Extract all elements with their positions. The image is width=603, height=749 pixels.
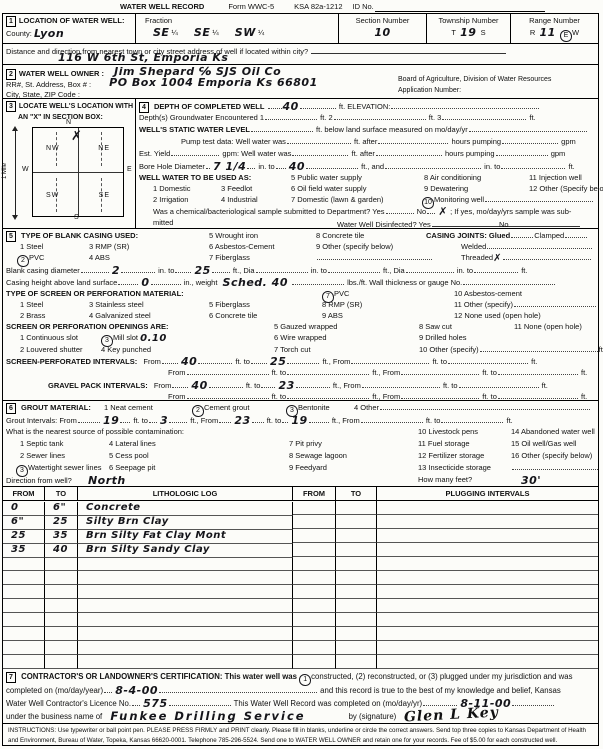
section-6-number: 6 [6,403,16,414]
contam-option-10: 10 Livestock pens [418,426,478,437]
plug-cell [377,515,598,529]
screen-option-11: 11 Other (specify) [454,300,513,309]
map-north-label: N [66,119,71,126]
contam-option-3: Watertight sewer lines [28,463,102,472]
form-title: WATER WELL RECORD [120,2,204,11]
weight-label: in., weight [184,278,218,287]
plug-header-intervals: PLUGGING INTERVALS [377,487,598,501]
casing-ft-label: ft. [521,266,527,275]
business-name-value: Funkee Drilling Service [110,709,305,723]
gpi2-from-label: From [168,392,186,401]
plug-cell [293,529,336,543]
opening-option-8: 8 Saw cut [419,321,452,332]
statute-ref: KSA 82a-1212 [294,2,342,11]
log-cell-empty [3,585,45,599]
plug-cell [336,515,377,529]
gi-ft-to-2-label: ft. to [267,416,282,425]
log-cell-empty [3,571,45,585]
plug-cell [336,599,377,613]
by-signature-label: by (signature) [349,712,397,721]
spi2-ft-to-2-label: ft. to [482,368,497,377]
casing-option-1: 1 Steel [20,241,43,252]
plug-cell [336,613,377,627]
plug-cell [377,571,598,585]
gpi-from-label: From [154,381,172,390]
log-cell-empty [45,571,78,585]
plug-cell [377,501,598,515]
casing-option-3: 3 RMP (SR) [89,241,129,252]
gpi2-ft-label: ft. [581,392,587,401]
section-3-map: 3LOCATE WELL'S LOCATION WITH AN "X" IN S… [3,99,136,228]
use-option-11: 11 Injection well [529,172,582,183]
log-row-desc: Brn Silty Fat Clay Mont [78,530,293,544]
section-number-cell: Section Number 10 [339,14,427,43]
section-3-title-2: AN "X" IN SECTION BOX: [18,114,103,121]
casing-in-to-2-label: in. to [311,266,327,275]
opening-ft-label: ft. [599,345,603,354]
quad-ne-label: NE [98,145,110,152]
log-row-from: 0 [3,502,45,516]
log-cell-empty [78,655,293,669]
plug-cell [336,557,377,571]
clamped-label: Clamped [534,231,564,240]
contam-option-14: 14 Abandoned water well [511,426,595,437]
id-label: ID No. [353,2,374,11]
openings-title: SCREEN OR PERFORATION OPENINGS ARE: [6,322,169,331]
section-7-certification: 7 CONTRACTOR'S OR LANDOWNER'S CERTIFICAT… [3,669,598,724]
log-cell-empty [78,627,293,641]
spi-ft-to-2-label: ft. to [432,357,447,366]
county-value: Lyon [34,27,64,40]
plug-cell [293,501,336,515]
plug-cell [293,557,336,571]
township-suffix: S [481,28,486,37]
mile-arrow-line [15,130,16,216]
grout-option-4: 4 Other [354,403,379,412]
plug-cell [377,585,598,599]
log-cell-empty [78,571,293,585]
plug-cell [293,585,336,599]
fraction-1-value: SE [153,26,169,39]
contamination-question: What is the nearest source of possible c… [6,427,184,436]
quarter-symbol-2: ¼ [212,28,218,37]
screen-option-5: 5 Fiberglass [209,299,250,310]
opening-option-10: 10 Other (specify) [419,345,479,354]
owner-label: WATER WELL OWNER : [19,69,104,78]
section-7-number: 7 [6,672,16,683]
plug-cell [293,543,336,557]
log-cell-empty [78,641,293,655]
casing-option-6: 6 Asbestos-Cement [209,241,274,252]
instructions-text: INSTRUCTIONS: Use typewriter or ball poi… [8,727,586,744]
opening-option-2: 2 Louvered shutter [20,344,83,355]
casing-in-to-label: in. to [158,266,174,275]
pump-gpm-label: gpm [561,137,576,146]
gpi-ft-to-2-label: ft. to [443,381,458,390]
fraction-3-value: SW [235,26,256,39]
contam-option-4: 4 Lateral lines [109,438,156,449]
gi-ft-from-2-label: ft., From [332,416,360,425]
form-header: WATER WELL RECORD Form WWC-5 KSA 82a-121… [0,0,603,13]
log-cell-empty [3,655,45,669]
gpi-ft-label: ft. [542,381,548,390]
plug-header-from: FROM [293,487,336,501]
use-option-1: 1 Domestic [153,183,191,194]
log-cell-empty [45,627,78,641]
log-cell-empty [45,641,78,655]
log-cell-empty [3,599,45,613]
depth-completed-label: DEPTH OF COMPLETED WELL [154,102,264,111]
log-cell-empty [45,599,78,613]
casing-option-7: 7 Fiberglass [209,252,250,263]
range-prefix: R [530,28,535,37]
wall-thickness-label: lbs./ft. Wall thickness or gauge No. [347,278,462,287]
signature-scrawl: Glen L Key [404,707,499,725]
opening-option-7: 7 Torch cut [274,344,311,355]
log-cell-empty [78,557,293,571]
grout-option-1: 1 Neat cement [104,402,153,413]
mile-arrow-down [12,215,18,220]
range-value: 11 [540,26,556,39]
fraction-2-value: SE [194,26,210,39]
log-cell-empty [3,613,45,627]
grout-intervals-label: Grout Intervals: From [6,416,77,425]
section-1-location: 1LOCATION OF WATER WELL: County: Lyon Fr… [3,14,598,65]
plug-cell [336,543,377,557]
log-cell-empty [3,557,45,571]
gpi2-ft-to-label: ft. to [272,392,287,401]
welded-label: Welded [461,242,486,251]
bore-and-label: ft., and [361,162,384,171]
log-cell-empty [3,627,45,641]
plug-cell [377,529,598,543]
opening-option-1: 1 Continuous slot [20,332,78,343]
est-yield-label: Est. Yield [139,149,170,158]
water-well-record-form: WATER WELL RECORD Form WWC-5 KSA 82a-121… [0,0,603,749]
plug-cell [293,655,336,669]
sample-question-cont: ; If yes, mo/day/yrs sample was sub- [450,207,571,216]
bore-in-to-2-label: in. to [484,162,500,171]
spi-ft-to-label: ft. to [235,357,250,366]
bore-hole-label: Bore Hole Diameter [139,162,205,171]
log-cell-empty [78,599,293,613]
section-6-grout: 6 GROUT MATERIAL: 1 Neat cement 2Cement … [3,401,598,487]
sample-mitted-label: mitted [153,217,173,228]
casing-title: TYPE OF BLANK CASING USED: [21,231,138,240]
fraction-cell: Fraction SE ¼ SE ¼ SW ¼ [136,14,339,43]
gpi2-ft-to-2-label: ft. to [482,392,497,401]
log-row-desc: Brn Silty Sandy Clay [78,544,293,558]
disinfected-no-label: No [499,220,509,229]
map-east-label: E [127,166,132,173]
township-value: 19 [460,26,476,39]
feet-value: 30' [521,474,541,487]
quad-se-label: SE [99,192,110,199]
opening-option-11: 11 None (open hole) [514,321,582,332]
use-option-8: 8 Air conditioning [424,172,481,183]
gi-ft-to-label: ft. to [133,416,148,425]
certification-text-2: and this record is true to the best of m… [320,686,561,695]
screen-option-1: 1 Steel [20,299,43,310]
log-cell-empty [78,585,293,599]
casing-height-label: Casing height above land surface [6,278,117,287]
distance-blank-line [311,44,506,54]
yield-water-label: gpm: Well water was [222,149,291,158]
disinfected-label: Water Well Disinfected? Yes [337,220,431,229]
owner-address-label: RR#, St. Address, Box # : [6,80,91,89]
screen-option-pvc: PVC [334,289,349,298]
log-row-to: 40 [45,544,78,558]
groundwater-label: Depth(s) Groundwater Encountered 1 [139,113,264,122]
log-row-from: 6" [3,516,45,530]
threaded-label: Threaded [461,253,493,262]
plug-cell [377,641,598,655]
plug-cell [336,585,377,599]
plug-cell [293,571,336,585]
plug-header-to: TO [336,487,377,501]
township-prefix: T [451,28,456,37]
gi-ft-from-label: ft., From [190,416,218,425]
section-3-4-row: 3LOCATE WELL'S LOCATION WITH AN "X" IN S… [3,99,598,229]
contam-option-1: 1 Septic tank [20,438,63,449]
use-option-3: 3 Feedlot [221,183,252,194]
spi-ft-from-label: ft., From [322,357,350,366]
screen-option-8: 8 RMP (SR) [322,299,362,310]
casing-joints-label: CASING JOINTS: Glued [426,231,510,240]
section-5-casing: 5 TYPE OF BLANK CASING USED: 5 Wrought i… [3,229,598,401]
contam-option-5: 5 Cess pool [109,450,149,461]
contam-option-7: 7 Pit privy [289,438,322,449]
gpi-ft-from-label: ft., From [333,381,361,390]
grout-option-3: Bentonite [298,403,330,412]
mile-arrow-up [12,126,18,131]
mill-slot-label: Mill slot [113,333,138,342]
plug-cell [336,627,377,641]
groundwater-3-label: ft. 3 [429,113,442,122]
plug-cell [336,529,377,543]
certification-text-1: CONTRACTOR'S OR LANDOWNER'S CERTIFICATIO… [21,672,297,681]
record-completed-label: This Water Well Record was completed on … [234,699,422,708]
direction-from-well-label: Direction from well? [6,476,72,485]
opening-option-6: 6 Wire wrapped [274,332,327,343]
well-x-mark: ✗ [71,129,82,222]
contam-option-6: 6 Seepage pit [109,462,155,473]
screen-option-2: 2 Brass [20,310,45,321]
opening-option-5: 5 Gauzed wrapped [274,321,337,332]
log-header-from: FROM [3,487,45,501]
plug-cell [377,557,598,571]
quarter-symbol-3: ¼ [258,28,264,37]
plug-cell [377,655,598,669]
spi2-ft-label: ft. [581,368,587,377]
contam-option-8: 8 Sewage lagoon [289,450,347,461]
gi-ft-to-3-label: ft. to [426,416,441,425]
static-level-suffix: ft. below land surface measured on mo/da… [316,125,468,134]
plug-cell [293,641,336,655]
log-cell-empty [78,613,293,627]
yield-after-label: ft. after [352,149,375,158]
county-label: County: [6,29,32,38]
city-state-zip-label: City, State, ZIP Code : [6,90,80,99]
plug-cell [336,571,377,585]
screen-option-4: 4 Galvanized steel [89,310,151,321]
gravel-pack-label: GRAVEL PACK INTERVALS: [48,381,148,390]
screen-option-3: 3 Stainless steel [89,299,144,310]
grout-option-2: Cement grout [204,403,249,412]
sample-question: Was a chemical/bacteriological sample su… [153,207,385,216]
spi2-ft-from-label: ft., From [372,368,400,377]
casing-option-9: 9 Other (specify below) [316,241,393,252]
business-name-label: under the business name of [6,712,102,721]
section-number-label: Section Number [356,16,410,25]
log-cell-empty [45,613,78,627]
id-blank-line [375,2,545,12]
section-3-title-1: LOCATE WELL'S LOCATION WITH [19,103,133,110]
log-row-to: 25 [45,516,78,530]
plug-cell [377,599,598,613]
screen-option-10: 10 Asbestos-cement [454,288,522,299]
location-cell: 1LOCATION OF WATER WELL: County: Lyon [3,14,136,43]
certification-text-1b: constructed, (2) reconstructed, or (3) p… [311,672,572,681]
plug-cell [377,543,598,557]
spi2-ft-to-label: ft. to [272,368,287,377]
log-row-desc: Concrete [78,502,293,516]
section-box: NW NE SW SE ✗ [32,127,124,217]
range-cell: Range Number R 11 EW [511,14,598,43]
direction-value: North [88,474,126,487]
use-option-12: 12 Other (Specify below) [529,183,603,194]
fraction-label: Fraction [145,16,172,25]
lithologic-log-table: FROM TO LITHOLOGIC LOG FROM TO PLUGGING … [3,487,598,669]
use-option-6: 6 Oil field water supply [291,183,366,194]
plug-cell [293,627,336,641]
screen-option-12: 12 None used (open hole) [454,310,541,321]
plug-cell [377,627,598,641]
use-option-10-label: Monitoring well [434,195,484,204]
contam-option-11: 11 Fuel storage [418,438,470,449]
use-option-5: 5 Public water supply [291,172,362,183]
contam-option-9: 9 Feedyard [289,462,327,473]
township-label: Township Number [438,16,498,25]
instructions-block: INSTRUCTIONS: Use typewriter or ball poi… [3,724,598,747]
spi2-from-label: From [168,368,186,377]
form-body: 1LOCATION OF WATER WELL: County: Lyon Fr… [2,13,599,746]
casing-option-8: 8 Concrete tile [316,230,364,241]
casing-option-pvc: PVC [29,253,44,262]
quarter-symbol-1: ¼ [172,28,178,37]
use-option-7: 7 Domestic (lawn & garden) [291,194,384,205]
casing-dia3-label: ft., Dia [383,266,405,275]
sample-no-label: No [417,207,427,216]
range-west: W [572,28,579,37]
mile-label: 1 Mile [2,163,8,179]
log-cell-empty [45,655,78,669]
log-row-from: 35 [3,544,45,558]
range-label: Range Number [529,16,580,25]
plug-cell [377,613,598,627]
pump-hours-label: hours pumping [451,137,501,146]
use-option-4: 4 Industrial [221,194,258,205]
how-many-feet-label: How many feet? [418,474,472,485]
contam-option-12: 12 Fertilizer storage [418,450,484,461]
log-cell-empty [45,585,78,599]
use-option-2: 2 Irrigation [153,194,188,205]
casing-dia2-label: ft., Dia [233,266,255,275]
contam-option-13: 13 Insecticide storage [418,462,491,473]
log-row-to: 6" [45,502,78,516]
use-option-9: 9 Dewatering [424,183,468,194]
bore-in-to-label: in. to [258,162,274,171]
gi-ft-label: ft. [507,416,513,425]
well-address-value: 116 W 6th St, Emporia Ks [58,51,228,64]
bore-ft-label: ft. [569,162,575,171]
gpi2-ft-from-label: ft., From [372,392,400,401]
section-1-number: 1 [6,16,16,27]
gpi-ft-to-label: ft. to [246,381,261,390]
pump-after-label: ft. after [354,137,377,146]
yield-hours-label: hours pumping [445,149,495,158]
map-south-label: S [74,214,79,221]
screen-option-9: 9 ABS [322,310,343,321]
form-number: Form WWC-5 [228,2,274,11]
licence-no-label: Water Well Contractor's Licence No. [6,699,131,708]
log-row-to: 35 [45,530,78,544]
plug-cell [336,655,377,669]
screen-intervals-label: SCREEN-PERFORATED INTERVALS: [6,357,137,366]
opening-option-4: 4 Key punched [101,344,151,355]
agency-name: Board of Agriculture, Division of Water … [398,76,551,83]
screen-material-title: TYPE OF SCREEN OR PERFORATION MATERIAL: [6,289,184,298]
agency-block: Board of Agriculture, Division of Water … [398,74,551,96]
casing-diameter-label: Blank casing diameter [6,266,80,275]
contam-option-2: 2 Sewer lines [20,450,65,461]
township-cell: Township Number T 19 S [427,14,511,43]
log-cell-empty [3,641,45,655]
groundwater-ft-label: ft. [529,113,535,122]
threaded-x-mark: ✗ [493,253,502,264]
log-cell-empty [45,557,78,571]
opening-option-9: 9 Drilled holes [419,332,467,343]
section-4-well-details: 4 DEPTH OF COMPLETED WELL 40 ft. ELEVATI… [136,99,598,228]
quad-sw-label: SW [46,192,59,199]
plug-cell [293,515,336,529]
log-header-lithologic: LITHOLOGIC LOG [78,487,293,501]
groundwater-2-label: ft. 2 [320,113,333,122]
elevation-label: ft. ELEVATION: [339,102,390,111]
plug-cell [293,613,336,627]
contam-option-15: 15 Oil well/Gas well [511,438,576,449]
yield-gpm-label: gpm [551,149,566,158]
casing-in-to-3-label: in. to [457,266,473,275]
pump-test-label: Pump test data: Well water was [181,137,286,146]
used-as-title: WELL WATER TO BE USED AS: [139,173,251,182]
screen-option-6: 6 Concrete tile [209,310,257,321]
casing-option-5: 5 Wrought iron [209,230,258,241]
log-row-from: 25 [3,530,45,544]
log-header-to: TO [45,487,78,501]
application-number-label: Application Number: [398,87,461,94]
map-west-label: W [22,166,29,173]
static-level-label: WELL'S STATIC WATER LEVEL [139,125,250,134]
log-row-desc: Silty Brn Clay [78,516,293,530]
quad-nw-label: NW [46,145,60,152]
owner-address-value: PO Box 1004 Emporia Ks 66801 [109,76,318,89]
range-east-circled: E [560,30,572,42]
plug-cell [336,641,377,655]
section-1-title: LOCATION OF WATER WELL: [19,16,125,25]
completed-on-label: completed on (mo/day/year) [6,686,103,695]
plug-cell [336,501,377,515]
